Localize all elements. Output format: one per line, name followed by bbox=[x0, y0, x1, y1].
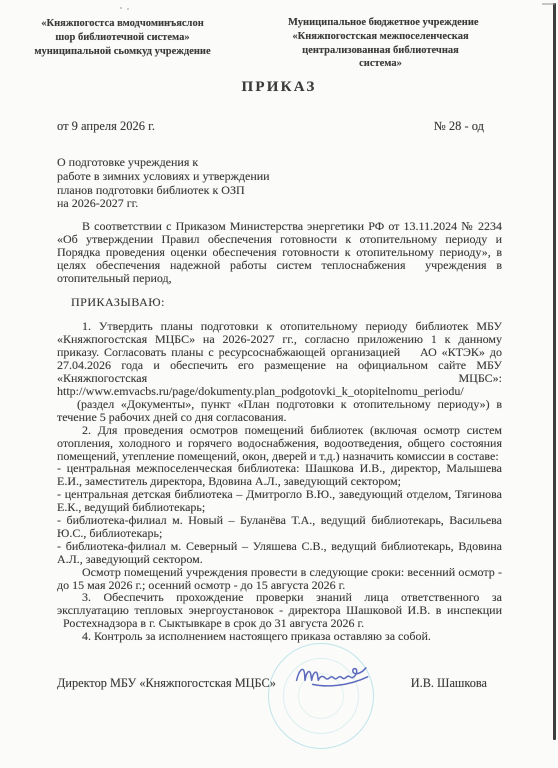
org-name-komi: «Княжпогостса вмодчоминъяслон шор библио… bbox=[30, 17, 215, 58]
subject-line: О подготовке учреждения к bbox=[57, 156, 337, 170]
subject-block: О подготовке учреждения к работе в зимни… bbox=[57, 156, 337, 211]
order-body: В соответствии с Приказом Министерства э… bbox=[57, 220, 502, 643]
order-item-3: 3. Обеспечить прохождение проверки знани… bbox=[57, 591, 502, 630]
subject-line: планов подготовки библиотек к ОЗП bbox=[57, 184, 337, 198]
signature-role: Директор МБУ «Княжпогостская МЦБС» bbox=[57, 676, 276, 691]
subject-line: на 2026-2027 гг. bbox=[57, 197, 337, 211]
scan-speck-artifact bbox=[127, 8, 129, 10]
org-name-komi-line: шор библиотечной система» bbox=[30, 31, 215, 45]
document-meta-row: от 9 апреля 2026 г. № 28 - од bbox=[57, 119, 484, 134]
director-signature-icon bbox=[293, 658, 373, 692]
preamble-paragraph: В соответствии с Приказом Министерства э… bbox=[57, 220, 502, 285]
document-number: № 28 - од bbox=[434, 119, 484, 134]
subject-line: работе в зимних условиях и утверждении bbox=[57, 170, 337, 184]
scan-edge-artifact bbox=[553, 3, 556, 740]
org-name-russian-line: централизованная библиотечная bbox=[288, 44, 473, 58]
order-item-1: 1. Утвердить планы подготовки к отопител… bbox=[57, 320, 502, 423]
org-name-komi-line: «Княжпогостса вмодчоминъяслон bbox=[30, 17, 215, 31]
committee-branch-severny: - библиотека-филиал м. Северный – Уляшев… bbox=[57, 540, 502, 566]
inspection-dates: Осмотр помещений учреждения провести в с… bbox=[57, 566, 502, 592]
scan-edge-top-artifact bbox=[542, 3, 555, 5]
document-date: от 9 апреля 2026 г. bbox=[57, 119, 155, 134]
document-title: ПРИКАЗ bbox=[0, 79, 558, 96]
org-name-russian: Муниципальное бюджетное учреждение «Княж… bbox=[288, 16, 473, 71]
signer-name: И.В. Шашкова bbox=[411, 676, 487, 691]
scanned-order-document: «Княжпогостса вмодчоминъяслон шор библио… bbox=[0, 0, 558, 768]
org-name-russian-line: «Княжпогостская межпоселенческая bbox=[288, 30, 473, 44]
committee-central-library: - центральная межпоселенческая библиотек… bbox=[57, 462, 502, 488]
order-item-2: 2. Для проведения осмотров помещений биб… bbox=[57, 424, 502, 463]
signature-row: Директор МБУ «Княжпогостская МЦБС» И.В. … bbox=[57, 676, 487, 691]
org-name-komi-line: муниципальной сьомкуд учреждение bbox=[30, 45, 215, 59]
order-verb: ПРИКАЗЫВАЮ: bbox=[71, 296, 502, 309]
scan-speck-artifact bbox=[120, 7, 122, 9]
committee-children-library: - центральная детская библиотека – Дмитр… bbox=[57, 488, 502, 514]
org-name-russian-line: Муниципальное бюджетное учреждение bbox=[288, 16, 473, 30]
order-item-4: 4. Контроль за исполнением настоящего пр… bbox=[57, 630, 502, 643]
committee-branch-novy: - библиотека-филиал м. Новый – Буланёва … bbox=[57, 514, 502, 540]
org-name-russian-line: система» bbox=[288, 57, 473, 71]
